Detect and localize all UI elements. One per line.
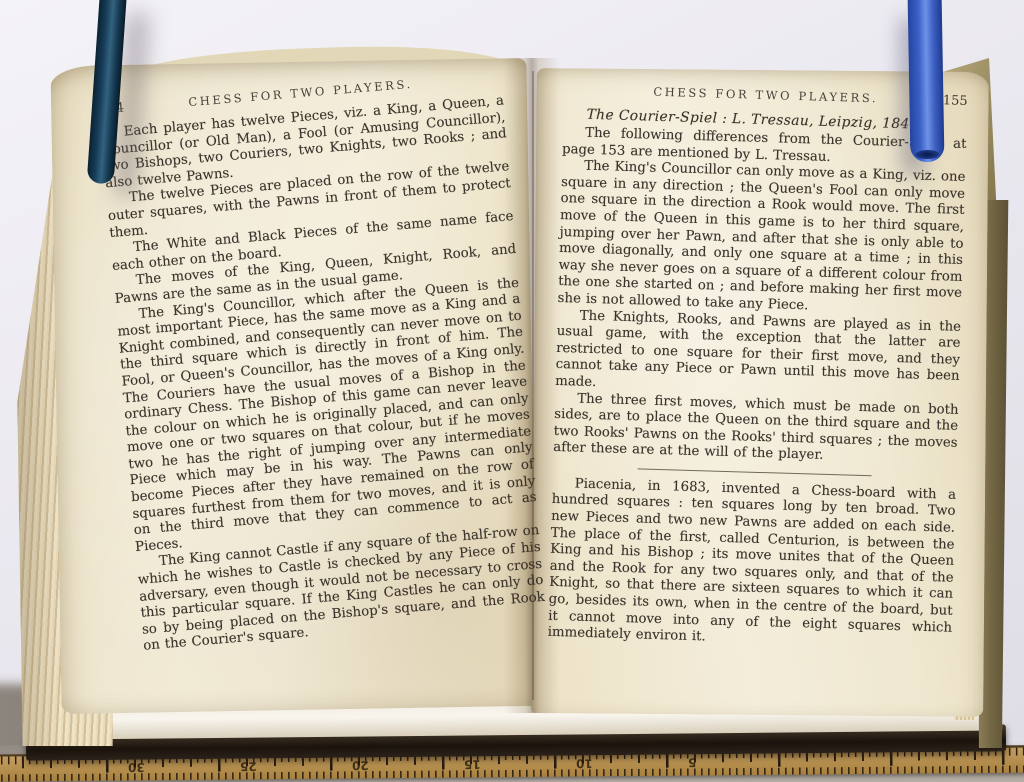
ruler-number: 10 (576, 756, 593, 770)
paragraph: The King's Councillor can only move as a… (557, 158, 965, 319)
paragraph: Piacenia, in 1683, invented a Chess-boar… (547, 476, 956, 654)
folio-spacer (564, 93, 612, 94)
ruler-number: 5 (688, 755, 696, 769)
left-page-text: 154 CHESS FOR TWO PLAYERS. Each player h… (99, 69, 547, 655)
folio-spacer (454, 80, 502, 84)
section-divider-rule (637, 468, 871, 476)
paragraph: The three first moves, which must be mad… (553, 390, 959, 468)
book-photo-scene: 30 25 20 15 10 5 154 CHESS FOR TWO PLAYE… (0, 0, 1024, 782)
paragraph: The King's Councillor, which after the Q… (116, 275, 539, 556)
blue-pen-cap (908, 0, 945, 162)
pen-cap-opening (915, 150, 939, 159)
right-page-text: CHESS FOR TWO PLAYERS. 155 The Courier-S… (547, 82, 967, 654)
ruler-number: 15 (464, 757, 481, 771)
ruler-number: 20 (352, 758, 369, 772)
ruler-number: 25 (240, 759, 257, 773)
paragraph: The Knights, Rooks, and Pawns are played… (555, 307, 961, 402)
ruler-number: 30 (128, 760, 145, 774)
